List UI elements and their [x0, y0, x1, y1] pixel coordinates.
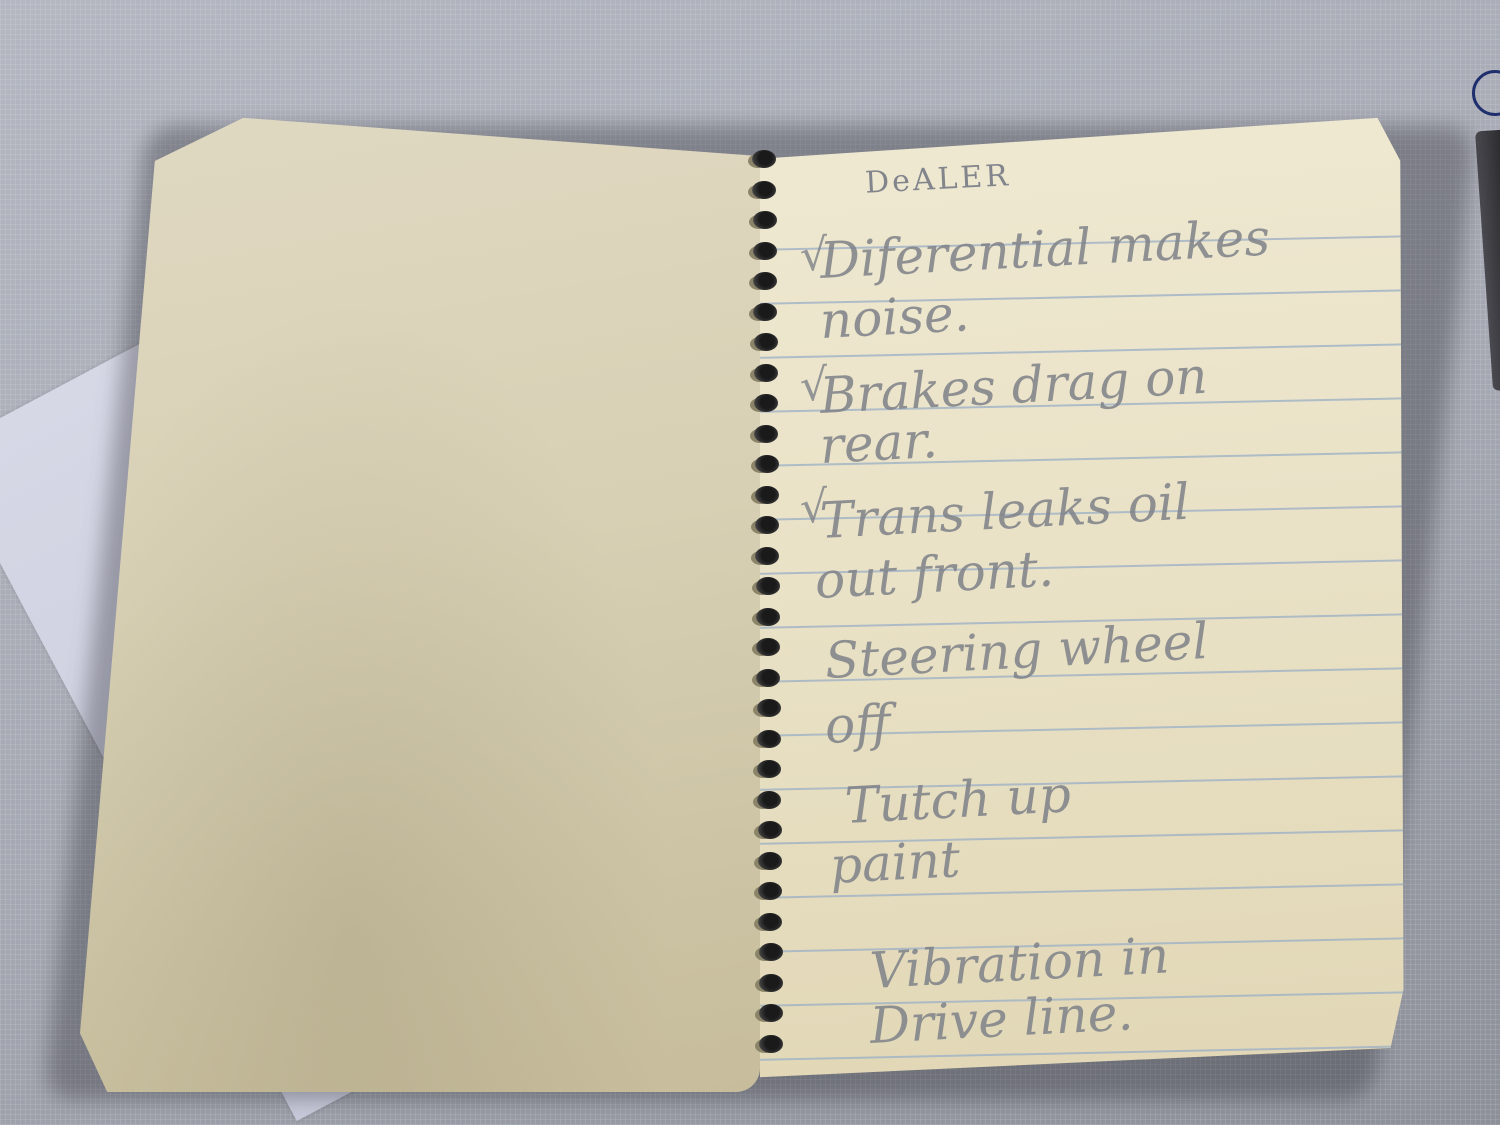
spiral-coil — [752, 181, 776, 199]
spiral-coil — [753, 272, 777, 290]
spiral-coil — [759, 974, 783, 992]
spiral-coil — [755, 547, 779, 565]
spiral-coil — [753, 211, 777, 229]
spiral-coil — [756, 608, 780, 626]
spiral-coil — [756, 669, 780, 687]
dark-object — [1475, 129, 1500, 391]
spiral-coil — [754, 364, 778, 382]
spiral-coil — [757, 760, 781, 778]
spiral-coil — [754, 333, 778, 351]
spiral-coil — [758, 913, 782, 931]
spiral-coil — [755, 455, 779, 473]
list-item-line: Steering wheel — [823, 612, 1209, 690]
spiral-coil — [758, 852, 782, 870]
list-item-line: rear. — [818, 411, 938, 475]
blue-cable — [1472, 70, 1500, 116]
spiral-coil — [757, 791, 781, 809]
handwritten-list: DeALER √ Diferential makes noise. √ Brak… — [760, 112, 1410, 1087]
spiral-coil — [753, 242, 777, 260]
list-item-line: Drive line. — [868, 983, 1134, 1055]
list-item-line: Trans leaks oil — [818, 473, 1191, 550]
list-item-line: out front. — [813, 540, 1055, 610]
list-item-line: Diferential makes — [818, 208, 1271, 289]
list-item-line: paint — [828, 830, 961, 895]
list-heading: DeALER — [864, 158, 1012, 201]
spiral-coil — [754, 394, 778, 412]
list-item-line: noise. — [818, 284, 970, 350]
spiral-coil — [756, 577, 780, 595]
spiral-coil — [753, 303, 777, 321]
spiral-coil — [754, 425, 778, 443]
spiral-coil — [759, 1035, 783, 1053]
spiral-coil — [759, 943, 783, 961]
notebook-right-page: DeALER √ Diferential makes noise. √ Brak… — [760, 112, 1410, 1087]
page-shade — [80, 112, 760, 1092]
spiral-binding — [740, 150, 800, 1070]
list-item-line: Tutch up — [843, 765, 1072, 835]
spiral-coil — [757, 699, 781, 717]
spiral-coil — [758, 821, 782, 839]
spiral-coil — [755, 516, 779, 534]
spiral-coil — [757, 730, 781, 748]
spiral-coil — [758, 882, 782, 900]
spiral-coil — [752, 150, 776, 168]
list-item-line: off — [823, 694, 891, 755]
spiral-coil — [755, 486, 779, 504]
spiral-coil — [756, 638, 780, 656]
notebook-left-page — [80, 112, 760, 1092]
spiral-coil — [759, 1004, 783, 1022]
